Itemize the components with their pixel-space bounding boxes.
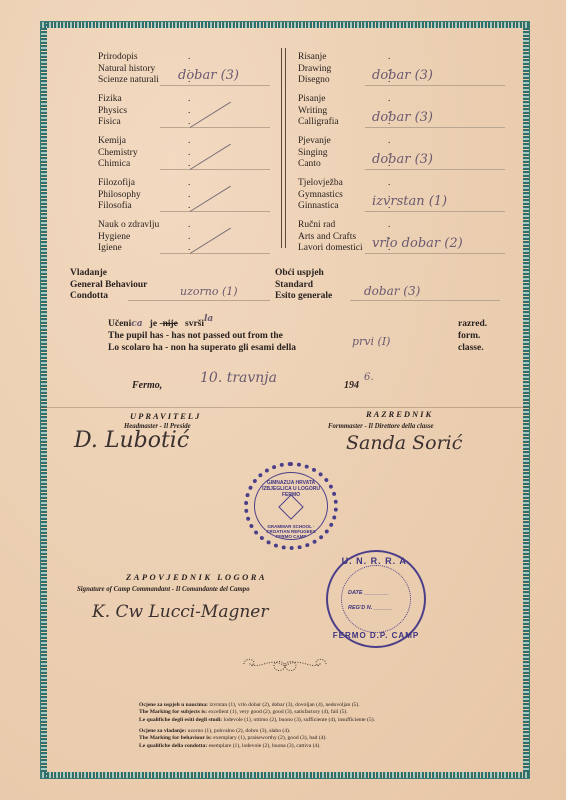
promotion-line-hr: Učenica je -nije svršila bbox=[108, 318, 468, 330]
subject-grade: dobar (3) bbox=[372, 152, 433, 167]
subject-labels: KemijaChemistryChimica bbox=[98, 136, 208, 171]
headmaster-title: UPRAVITELJ bbox=[130, 411, 201, 421]
promotion-end-en: form. bbox=[458, 330, 480, 342]
grade-line bbox=[160, 169, 270, 170]
behaviour-grade-line bbox=[128, 300, 270, 301]
subject-grade: dobar (3) bbox=[178, 68, 239, 83]
grade-line bbox=[160, 211, 270, 212]
standard-grade: dobar (3) bbox=[364, 284, 420, 298]
grade-line bbox=[365, 253, 505, 254]
footnote-behaviour-grading: Ocjene za vladanje: uzorno (1), pohvalno… bbox=[139, 728, 327, 750]
grade-line bbox=[160, 253, 270, 254]
promotion-end-it: classe. bbox=[458, 342, 484, 354]
subject-grade: dobar (3) bbox=[372, 68, 433, 83]
subject-labels: Nauk o zdravljuHygieneIgiene bbox=[98, 220, 208, 255]
commandant-title: ZAPOVJEDNIK LOGORA bbox=[126, 572, 267, 582]
commandant-subtitle: Signature of Camp Commandant - Il Comand… bbox=[77, 586, 250, 593]
grade-line bbox=[160, 85, 270, 86]
commandant-signature: K. Cw Lucci-Magner bbox=[92, 602, 269, 622]
promotion-end-hr: razred. bbox=[458, 318, 487, 330]
date-place: Fermo, bbox=[132, 380, 162, 392]
grade-line bbox=[365, 211, 505, 212]
promotion-line-it: Lo scolaro ha - non ha superato gli esam… bbox=[108, 342, 296, 354]
headmaster-signature: D. Lubotić bbox=[74, 428, 189, 453]
grade-line bbox=[365, 85, 505, 86]
subject-grade: vrlo dobar (2) bbox=[372, 236, 463, 251]
subject-labels: FilozofijaPhilosophyFilosofia bbox=[98, 178, 208, 213]
ornament-icon bbox=[240, 652, 330, 676]
subject-labels: FizikaPhysicsFisica bbox=[98, 94, 208, 129]
subject-grade: dobar (3) bbox=[372, 110, 433, 125]
subject-grade: izvrstan (1) bbox=[372, 194, 447, 209]
paper-fold-line bbox=[40, 407, 530, 408]
promotion-form-grade: prvi (I) bbox=[352, 335, 390, 348]
behaviour-grade: uzorno (1) bbox=[180, 285, 238, 298]
formmaster-title: RAZREDNIK bbox=[366, 409, 433, 419]
formmaster-subtitle: Formmaster - Il Direttore della classe bbox=[328, 423, 434, 430]
standard-labels: Obći uspjeh Standard Esito generale bbox=[275, 268, 332, 303]
formmaster-signature: Sanda Sorić bbox=[346, 432, 462, 454]
grade-line bbox=[365, 127, 505, 128]
behaviour-labels: Vladanje General Behaviour Condotta bbox=[70, 268, 147, 303]
date-year-prefix: 194 bbox=[344, 380, 359, 392]
date-year-suffix: 6. bbox=[364, 372, 374, 383]
date-day-month: 10. travnja bbox=[200, 370, 277, 386]
promotion-line-en: The pupil has - has not passed out from … bbox=[108, 330, 283, 342]
footnote-subject-grading: Ocjene za uspjeh u naucima: izvrstan (1)… bbox=[139, 702, 375, 724]
grade-line bbox=[160, 127, 270, 128]
grade-line bbox=[365, 169, 505, 170]
unrra-stamp: U. N. R. R. A. DATE ________ REG'D N. __… bbox=[326, 550, 426, 648]
school-stamp: GIMNAZIJA HRVATA IZBJEGLICA U LOGORU FER… bbox=[244, 462, 338, 550]
column-separator bbox=[281, 48, 286, 248]
standard-grade-line bbox=[350, 300, 500, 301]
